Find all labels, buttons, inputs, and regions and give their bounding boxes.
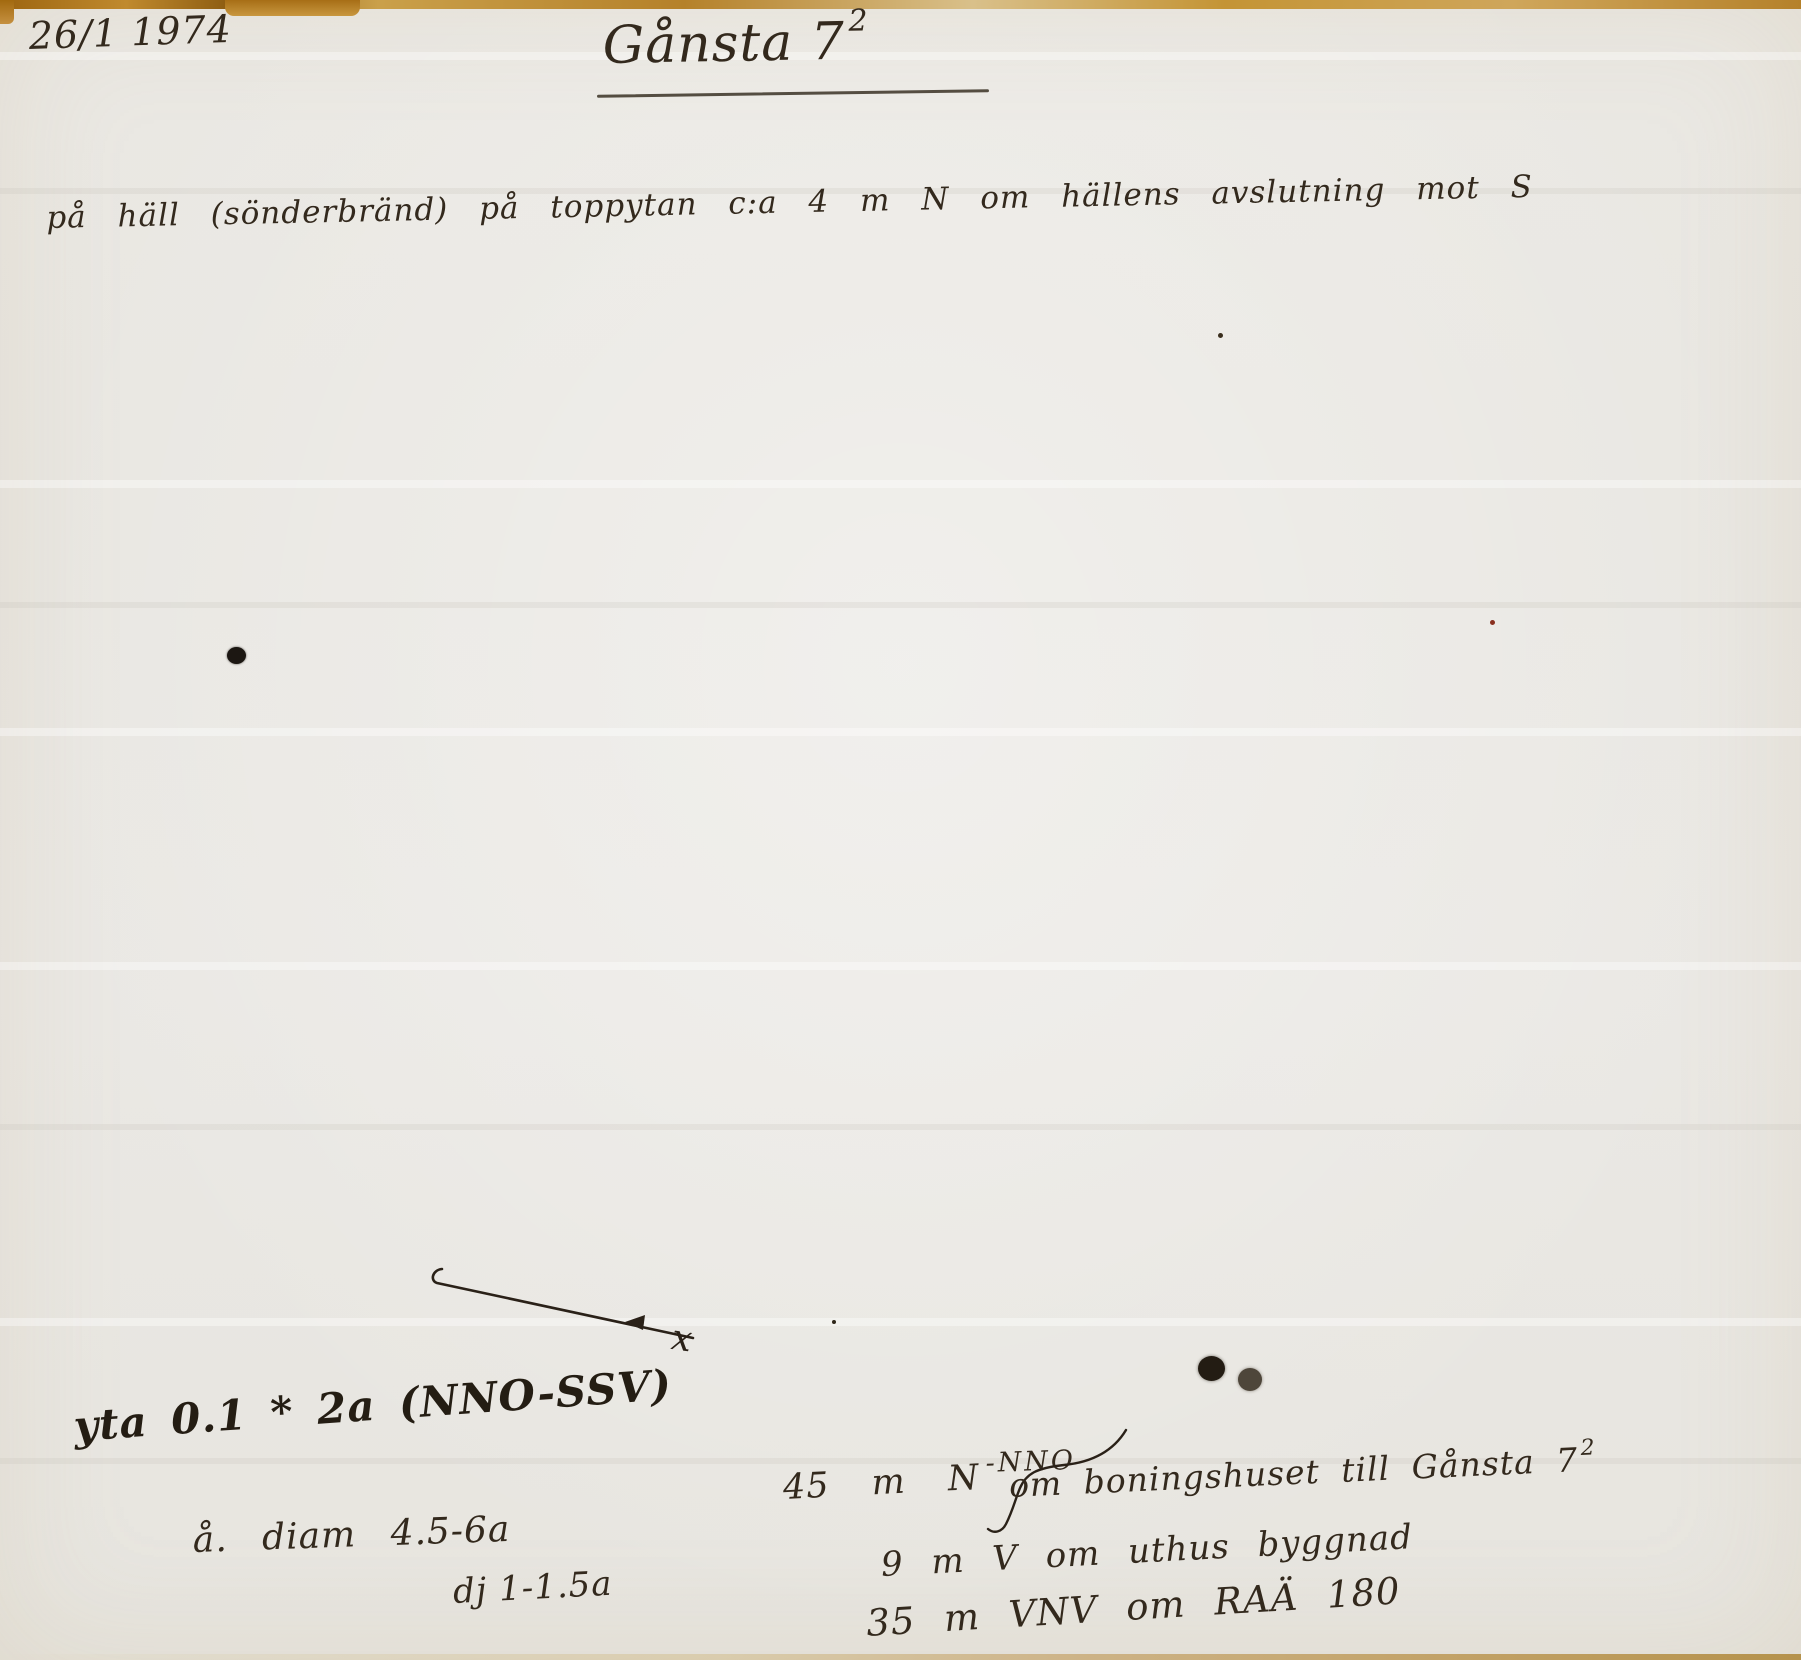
title-underline [597,89,989,97]
sketch-measure-line: x [420,1256,720,1366]
mount-edge-top-bump [225,0,360,16]
scan-band [0,962,1801,970]
paper-speck [832,1320,836,1324]
mount-edge-top-corner [0,0,14,24]
scan-band [0,1318,1801,1326]
note-title-text: Gånsta 7 [602,12,845,76]
sketch-arrowhead-icon [625,1315,645,1330]
note-date: 26/1 1974 [28,7,233,58]
note-header-line: på häll (sönderbränd) på toppytan c:a 4 … [46,169,1533,236]
note-title: Gånsta 72 [602,3,869,76]
scan-band [0,52,1801,60]
diameter-measure: å. diam 4.5-6a [192,1509,511,1561]
paper-speck [1490,620,1495,625]
ink-blot [1238,1368,1262,1391]
scan-band [0,728,1801,736]
note-title-superscript: 2 [848,3,869,38]
scan-band [0,480,1801,488]
sketch-end-mark: x [669,1317,695,1360]
paper-speck [1218,333,1223,338]
depth-measure: dj 1-1.5a [452,1564,613,1612]
ink-blot [227,647,246,664]
scan-band [0,1124,1801,1130]
scan-band [0,602,1801,608]
location-line1-superscript: 2 [1580,1435,1596,1461]
sketch-line-stroke [433,1269,693,1338]
ink-blot [1198,1356,1225,1381]
mount-edge-bottom [0,1654,1801,1660]
surface-measure: yta 0.1 * 2a (NNO-SSV) [72,1360,673,1451]
scanned-note-page: 26/1 1974 Gånsta 72 på häll (sönderbränd… [0,0,1801,1660]
